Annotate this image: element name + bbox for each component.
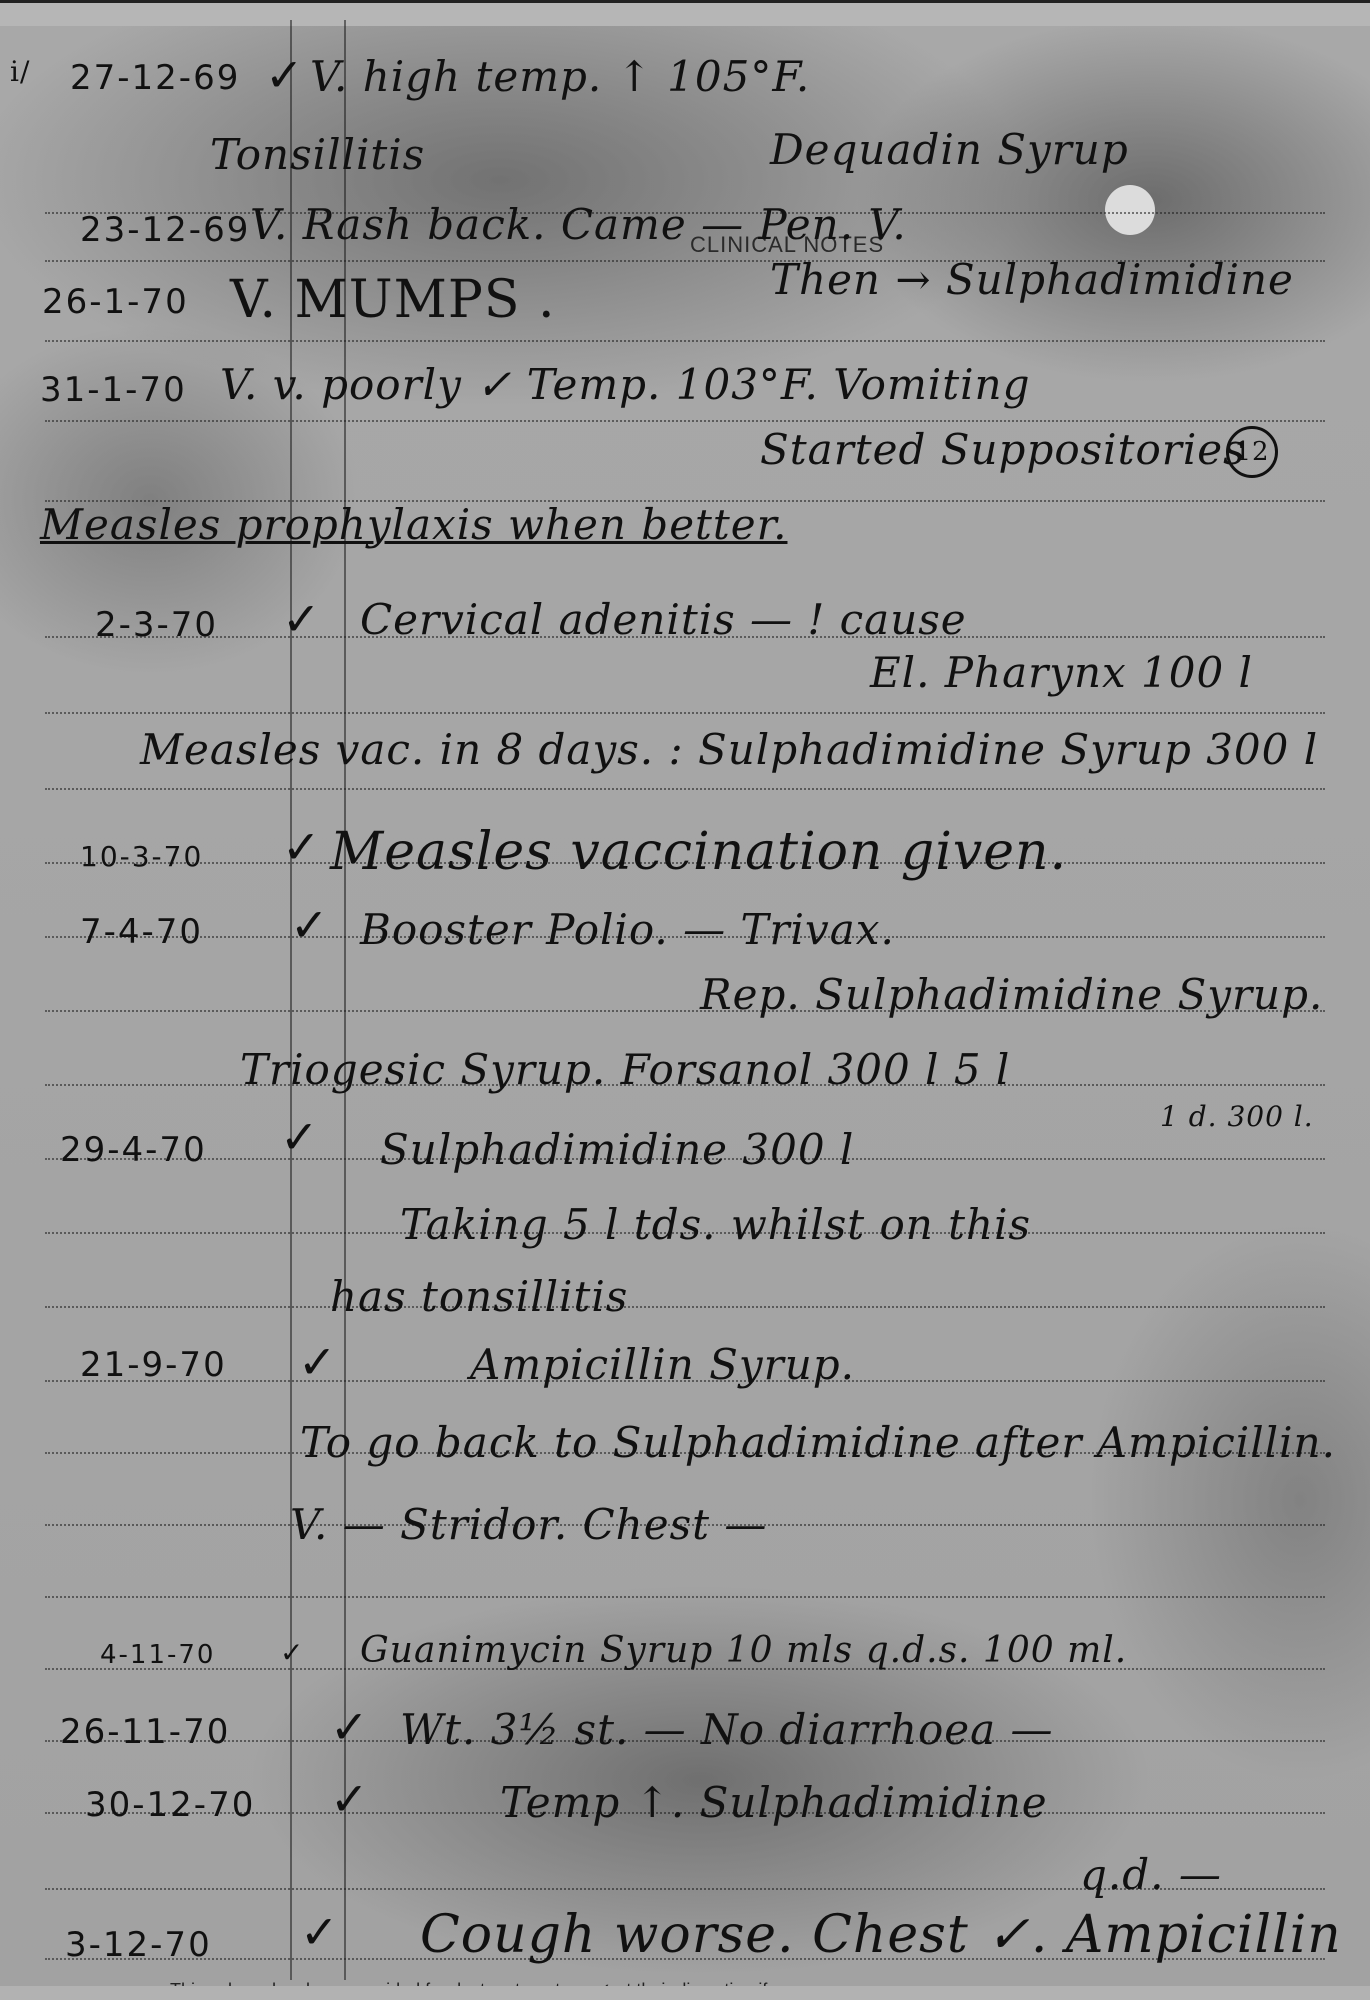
check-mark: ✓ — [330, 1772, 370, 1826]
entry-text: Ampicillin Syrup. — [470, 1340, 855, 1389]
entry-text: V. high temp. ↑ 105°F. — [310, 52, 810, 101]
entry-text: V. — Stridor. Chest — — [290, 1500, 767, 1549]
entry-date: 31-1-70 — [40, 370, 187, 410]
entry-text: V. v. poorly ✓ Temp. 103°F. Vomiting — [220, 360, 1030, 409]
entry-date: 10-3-70 — [80, 840, 203, 873]
check-mark: ✓ — [280, 1110, 320, 1164]
check-mark: ✓ — [265, 48, 305, 102]
scan-top-margin — [0, 0, 1370, 26]
entry-text: Tonsillitis — [210, 130, 425, 179]
entry-text: q.d. — — [1080, 1850, 1222, 1899]
entry-date: 30-12-70 — [85, 1785, 255, 1825]
entry-text: Triogesic Syrup. Forsanol 300 l 5 l — [240, 1045, 1010, 1094]
entry-text: has tonsillitis — [330, 1272, 628, 1321]
entry-text: Measles prophylaxis when better. — [40, 500, 787, 549]
entry-text: Rep. Sulphadimidine Syrup. — [700, 970, 1323, 1019]
entry-text: Taking 5 l tds. whilst on this — [400, 1200, 1031, 1249]
check-mark: ✓ — [290, 898, 330, 952]
entry-date: 27-12-69 — [70, 58, 240, 98]
ruled-line — [45, 712, 1325, 714]
check-mark: ✓ — [280, 1636, 304, 1669]
entry-date: 21-9-70 — [80, 1345, 227, 1385]
entry-text: Dequadin Syrup — [770, 125, 1129, 174]
entry-text: Booster Polio. — Trivax. — [360, 905, 895, 954]
scan-light-spot — [1105, 185, 1155, 235]
ruled-line — [45, 340, 1325, 342]
ruled-line — [45, 788, 1325, 790]
entry-text: V. MUMPS . — [230, 270, 556, 330]
entry-text: Wt. 3½ st. — No diarrhoea — — [400, 1705, 1054, 1754]
ruled-line — [45, 420, 1325, 422]
entry-date: 26-11-70 — [60, 1712, 230, 1752]
entry-date: 29-4-70 — [60, 1130, 207, 1170]
entry-text: Cervical adenitis — ! cause — [360, 595, 967, 644]
ruled-line — [45, 1596, 1325, 1598]
entry-text: Sulphadimidine 300 l — [380, 1125, 854, 1174]
entry-date: 23-12-69 — [80, 210, 250, 250]
entry-date: 3-12-70 — [65, 1925, 212, 1965]
scanned-clinical-notes-page: i/ CLINICAL NOTES 27-12-69 ✓ V. high tem… — [0, 0, 1370, 2000]
scan-bottom-margin — [0, 1986, 1370, 2000]
entry-text: 1 d. 300 l. — [1160, 1100, 1314, 1133]
entry-date: 4-11-70 — [100, 1640, 215, 1670]
circled-number-value: 12 — [1226, 426, 1278, 478]
check-mark: ✓ — [300, 1905, 340, 1959]
entry-text: Measles vaccination given. — [330, 822, 1067, 882]
circled-number: 12 — [1226, 426, 1278, 478]
entry-text: Then → Sulphadimidine — [770, 255, 1294, 304]
entry-text: Started Suppositories — [760, 425, 1246, 474]
check-mark: ✓ — [298, 1335, 338, 1389]
entry-text: Guanimycin Syrup 10 mls q.d.s. 100 ml. — [360, 1630, 1127, 1671]
entry-text: To go back to Sulphadimidine after Ampic… — [300, 1418, 1336, 1467]
entry-text: El. Pharynx 100 l — [870, 648, 1253, 697]
margin-mark: i/ — [10, 55, 30, 88]
check-mark: ✓ — [330, 1700, 370, 1754]
entry-text: V. Rash back. Came — Pen. V. — [250, 200, 907, 249]
entry-date: 2-3-70 — [95, 605, 218, 645]
ruled-line — [45, 1306, 1325, 1308]
entry-text: Measles vac. in 8 days. : Sulphadimidine… — [140, 725, 1318, 774]
check-mark: ✓ — [282, 592, 322, 646]
entry-date: 26-1-70 — [42, 282, 189, 322]
scan-top-border — [0, 0, 1370, 3]
check-mark: ✓ — [282, 820, 322, 874]
entry-date: 7-4-70 — [80, 912, 203, 952]
entry-text: Temp ↑. Sulphadimidine — [500, 1778, 1048, 1827]
entry-text: Cough worse. Chest ✓. Ampicillin — [420, 1905, 1342, 1965]
